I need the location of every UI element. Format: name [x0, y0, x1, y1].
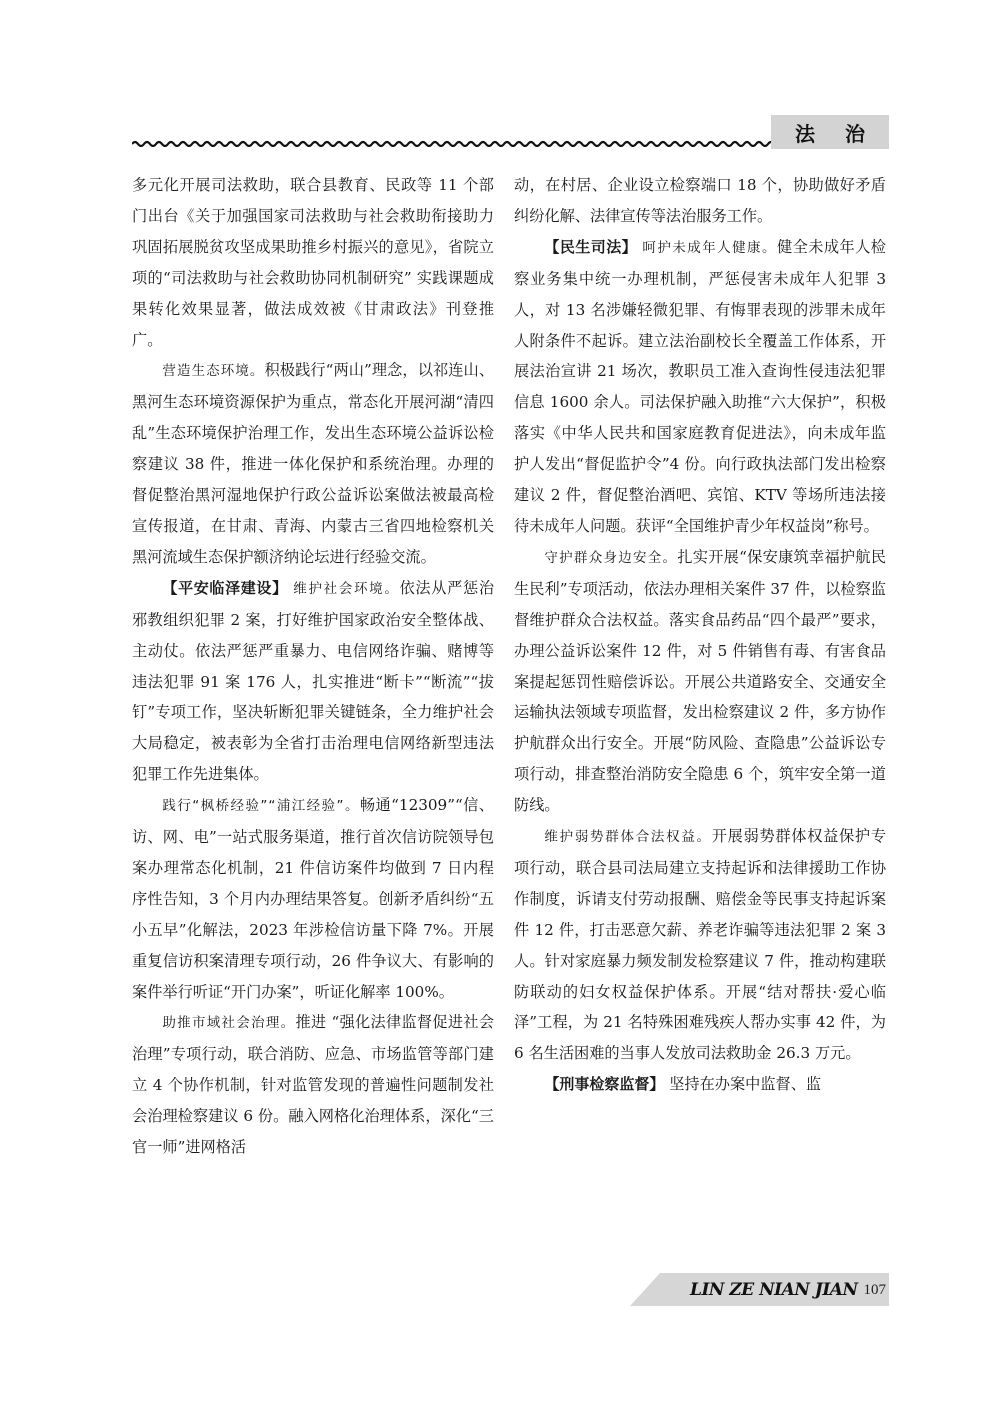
- section-heading: 【平安临泽建设】: [162, 579, 287, 597]
- paragraph-text: 畅通“12309”“信、访、网、电”一站式服务渠道，推行首次信访院领导包案办理常…: [132, 796, 494, 1000]
- paragraph: 【刑事检察监督】 坚持在办案中监督、监: [514, 1069, 886, 1100]
- section-label-char-2: 治: [845, 118, 865, 147]
- subheading: 呵护未成年人健康。: [642, 240, 777, 256]
- paragraph: 维护弱势群体合法权益。开展弱势群体权益保护专项行动，联合县司法局建立支持起诉和法…: [514, 821, 886, 1069]
- paragraph: 守护群众身边安全。扎实开展“保安康筑幸福护航民生民利”专项活动，依法办理相关案件…: [514, 542, 886, 821]
- paragraph: 助推市域社会治理。推进 “强化法律监督促进社会治理”专项行动，联合消防、应急、市…: [132, 1007, 494, 1163]
- left-column: 多元化开展司法救助，联合县教育、民政等 11 个部门出台《关于加强国家司法救助与…: [132, 170, 494, 1163]
- paragraph-text: 开展弱势群体权益保护专项行动，联合县司法局建立支持起诉和法律援助工作协作制度，诉…: [514, 827, 886, 1062]
- page-number: 107: [864, 1282, 887, 1299]
- wavy-header-rule: [132, 138, 774, 148]
- paragraph-text: 健全未成年人检察业务集中统一办理机制，严惩侵害未成年人犯罪 3 人，对 13 名…: [514, 238, 886, 535]
- footer: LIN ZE NIAN JIAN 107: [676, 1277, 886, 1303]
- section-heading: 【刑事检察监督】: [544, 1075, 664, 1093]
- section-label-char-1: 法: [795, 118, 815, 147]
- section-heading: 【民生司法】: [544, 238, 637, 256]
- paragraph: 践行“枫桥经验”“浦江经验”。畅通“12309”“信、访、网、电”一站式服务渠道…: [132, 790, 494, 1007]
- paragraph-text: 依法从严惩治邪教组织犯罪 2 案，打好维护国家政治安全整体战、主动仗。依法严惩严…: [132, 579, 494, 783]
- section-tab: 法 治: [771, 115, 889, 149]
- paragraph-text: 推进 “强化法律监督促进社会治理”专项行动，联合消防、应急、市场监管等部门建立 …: [132, 1013, 494, 1156]
- paragraph-text: 积极践行“两山”理念，以祁连山、黑河生态环境资源保护为重点，常态化开展河湖“清四…: [132, 361, 494, 565]
- paragraph: 动，在村居、企业设立检察端口 18 个，协助做好矛盾纠纷化解、法律宣传等法治服务…: [514, 170, 886, 232]
- right-column: 动，在村居、企业设立检察端口 18 个，协助做好矛盾纠纷化解、法律宣传等法治服务…: [514, 170, 886, 1100]
- paragraph-text: 坚持在办案中监督、监: [669, 1075, 821, 1093]
- paragraph: 多元化开展司法救助，联合县教育、民政等 11 个部门出台《关于加强国家司法救助与…: [132, 170, 494, 355]
- paragraph: 营造生态环境。积极践行“两山”理念，以祁连山、黑河生态环境资源保护为重点，常态化…: [132, 355, 494, 572]
- subheading: 助推市域社会治理。: [162, 1015, 295, 1031]
- subheading: 守护群众身边安全。: [544, 550, 677, 566]
- paragraph-text: 扎实开展“保安康筑幸福护航民生民利”专项活动，依法办理相关案件 37 件，以检察…: [514, 548, 886, 814]
- paragraph: 【平安临泽建设】 维护社会环境。依法从严惩治邪教组织犯罪 2 案，打好维护国家政…: [132, 573, 494, 790]
- subheading: 践行“枫桥经验”“浦江经验”。: [162, 798, 360, 814]
- journal-name: LIN ZE NIAN JIAN: [690, 1280, 858, 1300]
- paragraph: 【民生司法】 呵护未成年人健康。健全未成年人检察业务集中统一办理机制，严惩侵害未…: [514, 232, 886, 542]
- subheading: 维护社会环境。: [293, 581, 399, 597]
- subheading: 营造生态环境。: [162, 363, 264, 379]
- subheading: 维护弱势群体合法权益。: [544, 829, 711, 845]
